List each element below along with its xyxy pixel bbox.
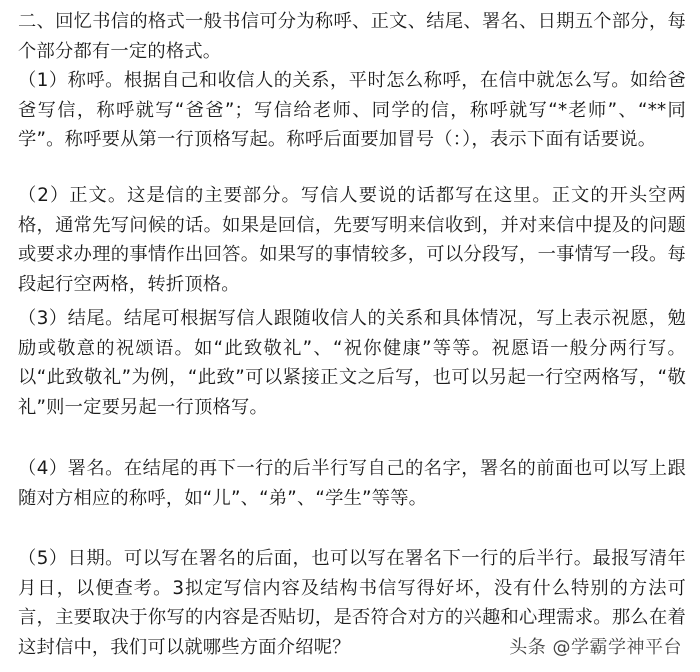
paragraph-signature: （4）署名。在结尾的再下一行的后半行写自己的名字，署名的前面也可以写上跟随对方相… bbox=[18, 454, 686, 513]
paragraph-body: （2）正文。这是信的主要部分。写信人要说的话都写在这里。正文的开头空两格，通常先… bbox=[18, 181, 686, 299]
paragraph-intro: 二、回忆书信的格式一般书信可分为称呼、正文、结尾、署名、日期五个部分，每个部分都… bbox=[18, 7, 686, 66]
document-page: 二、回忆书信的格式一般书信可分为称呼、正文、结尾、署名、日期五个部分，每个部分都… bbox=[0, 0, 700, 672]
paragraph-salutation: （1）称呼。根据自己和收信人的关系，平时怎么称呼，在信中就怎么写。如给爸爸写信，… bbox=[18, 66, 686, 155]
watermark: 头条 @学霸学神平台 bbox=[509, 633, 682, 659]
paragraph-closing: （3）结尾。结尾可根据写信人跟随收信人的关系和具体情况，写上表示祝愿，勉励或敬意… bbox=[18, 304, 686, 422]
